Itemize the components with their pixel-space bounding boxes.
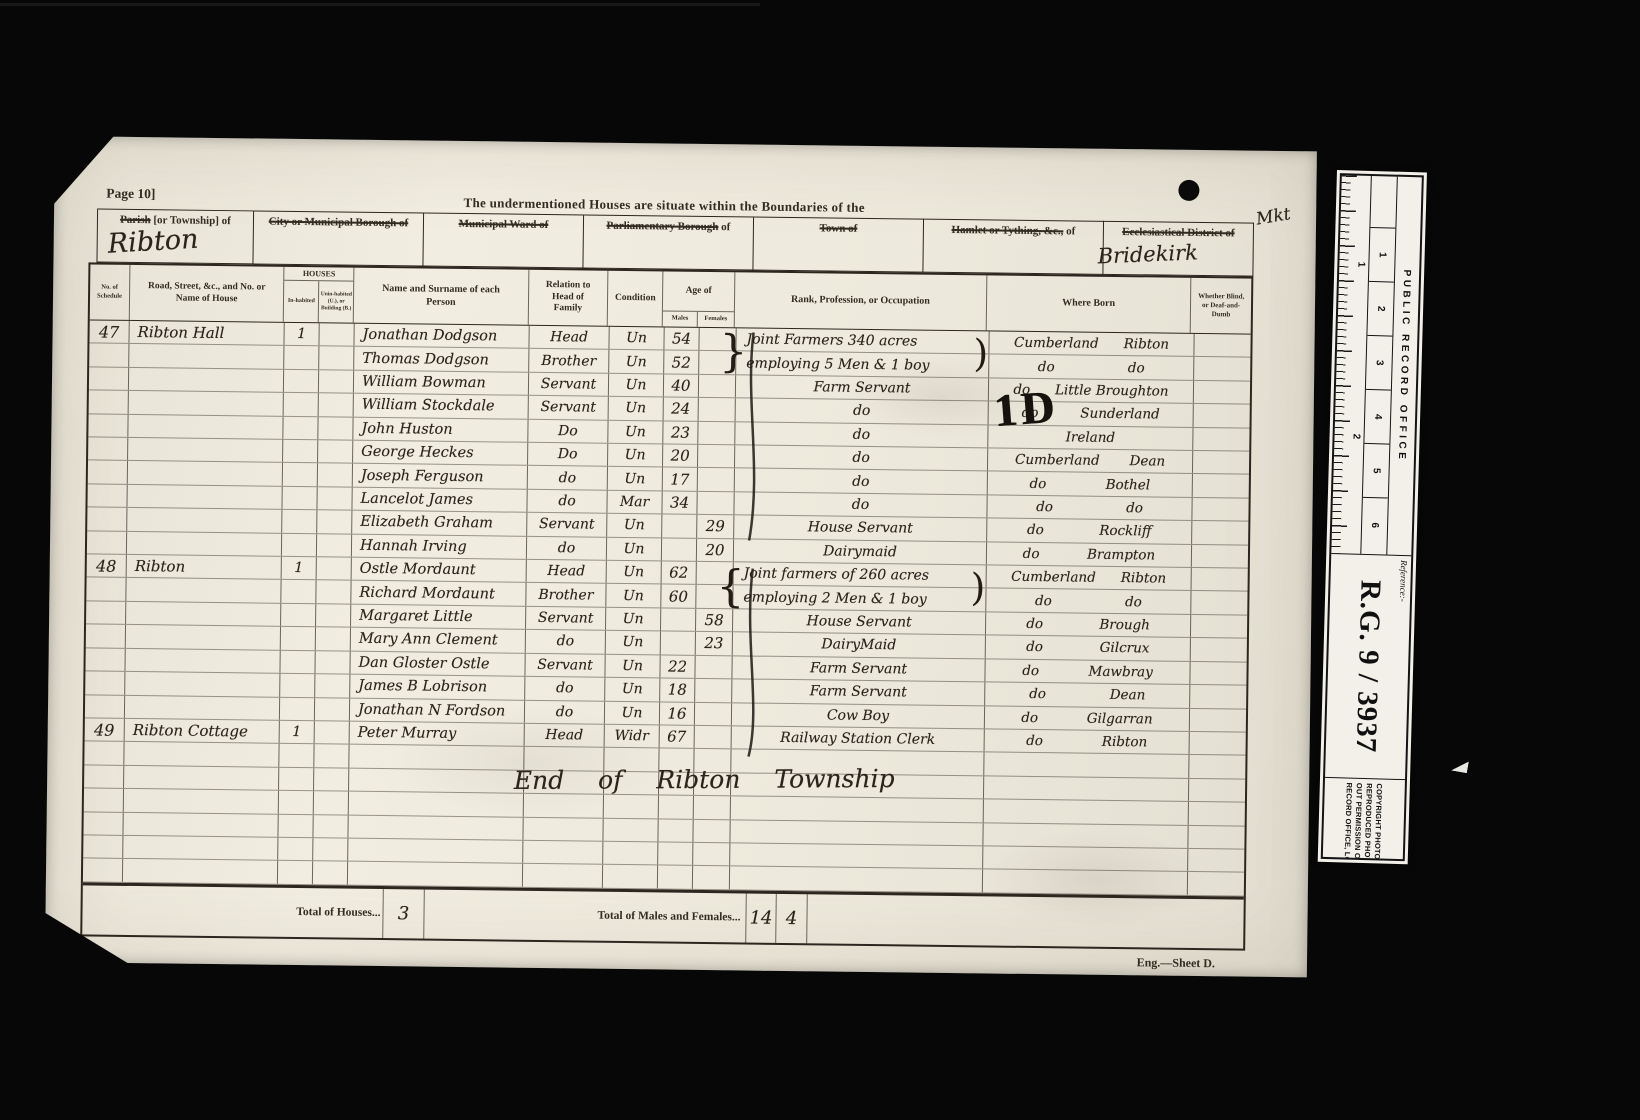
occupation-paren-icon: ) (970, 563, 985, 611)
label-text: of (718, 221, 730, 233)
film-streak (0, 3, 760, 6)
ruler-number: 3 (1366, 336, 1392, 391)
col-label-uninhabited: Unin-habited (U.), or Building (B.) (319, 281, 353, 322)
census-document: Page 10] The undermentioned Houses are s… (45, 136, 1317, 977)
col-label-females: Females (698, 312, 734, 327)
struck-label-text: Ecclesiastical District of (1122, 226, 1235, 239)
col-label: Whether Blind, or Deaf-and-Dumb (1195, 292, 1247, 319)
ruler-number: 5 (1363, 444, 1389, 499)
reference-section: Reference:- R.G. 9 / 3937 (1325, 553, 1411, 779)
age-brace-icon: { (716, 563, 745, 610)
ruler-segment (1370, 176, 1396, 229)
age-group-label: Age of (663, 271, 734, 312)
col-label: No. of Schedule (92, 284, 127, 301)
film-speck (1451, 759, 1469, 774)
col-label: Where Born (1062, 298, 1115, 311)
col-header-houses: HOUSES In-habited Unin-habited (U.), or … (284, 267, 354, 323)
total-houses-label: Total of Houses... (182, 905, 380, 919)
col-label: Rank, Profession, or Occupation (791, 294, 930, 308)
header-field-label: Parliamentary Borough of (584, 215, 753, 234)
header-field-label: City or Municipal Borough of (254, 211, 423, 230)
header-field: Hamlet or Tything, &c., of (923, 219, 1104, 275)
table-body: } { ) ) 1D 47Ribton Hall1Jonathan Dodgso… (83, 320, 1251, 896)
born-column-ink-scribble: 1D (992, 380, 1060, 438)
corner-ink-scribble: Mkt (1255, 204, 1292, 229)
pro-reference-strip: PUBLIC RECORD OFFICE 123456 1 2 Referenc… (1318, 170, 1427, 864)
struck-label-text: Town of (819, 222, 857, 234)
struck-label-text: Parliamentary Borough (606, 220, 718, 233)
col-header-infirm: Whether Blind, or Deaf-and-Dumb (1191, 278, 1251, 334)
ruler-major-ticks (1331, 175, 1357, 553)
col-label-inhabited: In-habited (284, 281, 319, 322)
header-field: Parliamentary Borough of (583, 214, 754, 270)
col-label: Road, Street, &c., and No. or Name of Ho… (138, 281, 276, 306)
total-females-value: 4 (775, 894, 808, 943)
header-field: Municipal Ward of (423, 213, 584, 269)
pro-strip-rotated: PUBLIC RECORD OFFICE 123456 1 2 Referenc… (1318, 170, 1427, 864)
punch-dot (1178, 180, 1199, 201)
handwritten-value: Bridekirk (1097, 240, 1198, 268)
struck-label-text: Parish (120, 214, 151, 226)
pro-strip-frame: PUBLIC RECORD OFFICE 123456 1 2 Referenc… (1321, 173, 1424, 861)
col-header-condition: Condition (608, 271, 663, 327)
header-field: Parish [or Township] ofRibton (96, 209, 254, 265)
col-header-age: Age of Males Females (663, 271, 735, 327)
census-table: No. of Schedule Road, Street, &c., and N… (80, 262, 1253, 950)
col-header-relation: Relation to Head of Family (528, 270, 608, 326)
total-males-females-label: Total of Males and Females... (442, 908, 740, 924)
struck-label-text: City or Municipal Borough of (269, 216, 409, 230)
reference-number: R.G. 9 / 3937 (1349, 579, 1387, 753)
col-header-occupation: Rank, Profession, or Occupation (735, 272, 988, 330)
header-field: City or Municipal Borough of (253, 210, 424, 266)
col-header-road: Road, Street, &c., and No. or Name of Ho… (130, 265, 285, 322)
ruler-number: 6 (1361, 498, 1387, 553)
col-label: Condition (615, 292, 656, 304)
copyright-line: COPYRIGHT PHOTOGRAPH - NOT TO BE (1373, 783, 1384, 854)
col-header-schedule: No. of Schedule (90, 264, 131, 319)
struck-label-text: Municipal Ward of (459, 218, 549, 231)
label-text: of (1063, 225, 1075, 237)
header-field: Town of (753, 217, 924, 273)
age-brace-icon: } (719, 328, 748, 375)
ruler-number: 4 (1364, 390, 1390, 445)
col-label: Relation to Head of Family (536, 280, 599, 316)
col-label-males: Males (663, 311, 698, 326)
total-houses-value: 3 (382, 889, 425, 939)
ruler-number: 1 (1369, 228, 1395, 283)
header-field-label: Municipal Ward of (424, 214, 583, 233)
header-field-label: Hamlet or Tything, &c., of (924, 220, 1103, 239)
reference-label: Reference:- (1398, 560, 1409, 602)
enumerator-ink-strokes (83, 320, 1255, 896)
col-label: Name and Surname of each Person (366, 283, 516, 310)
header-field-label: Town of (754, 218, 923, 237)
header-field: Ecclesiastical District ofBridekirk (1103, 221, 1254, 277)
copyright-notice: COPYRIGHT PHOTOGRAPH - NOT TO BEREPRODUC… (1323, 777, 1405, 859)
page-number-label: Page 10] (106, 186, 155, 203)
ruler-inch-number: 1 (1355, 262, 1366, 268)
struck-label-text: Hamlet or Tything, &c., (951, 224, 1063, 237)
ruler-inch-number: 2 (1350, 433, 1361, 439)
handwritten-value: Ribton (107, 224, 199, 260)
total-males-value: 14 (745, 893, 776, 942)
end-note: End of Ribton Township (384, 763, 1024, 795)
ruler-number: 2 (1367, 282, 1393, 337)
col-header-name: Name and Surname of each Person (354, 268, 529, 325)
houses-group-label: HOUSES (285, 267, 354, 282)
col-header-where-born: Where Born (987, 275, 1192, 332)
header-field-label: Ecclesiastical District of (1104, 222, 1253, 241)
sheet-label: Eng.—Sheet D. (1045, 954, 1215, 971)
ruler: PUBLIC RECORD OFFICE 123456 1 2 (1331, 175, 1422, 555)
occupation-paren-icon: ) (973, 329, 988, 377)
